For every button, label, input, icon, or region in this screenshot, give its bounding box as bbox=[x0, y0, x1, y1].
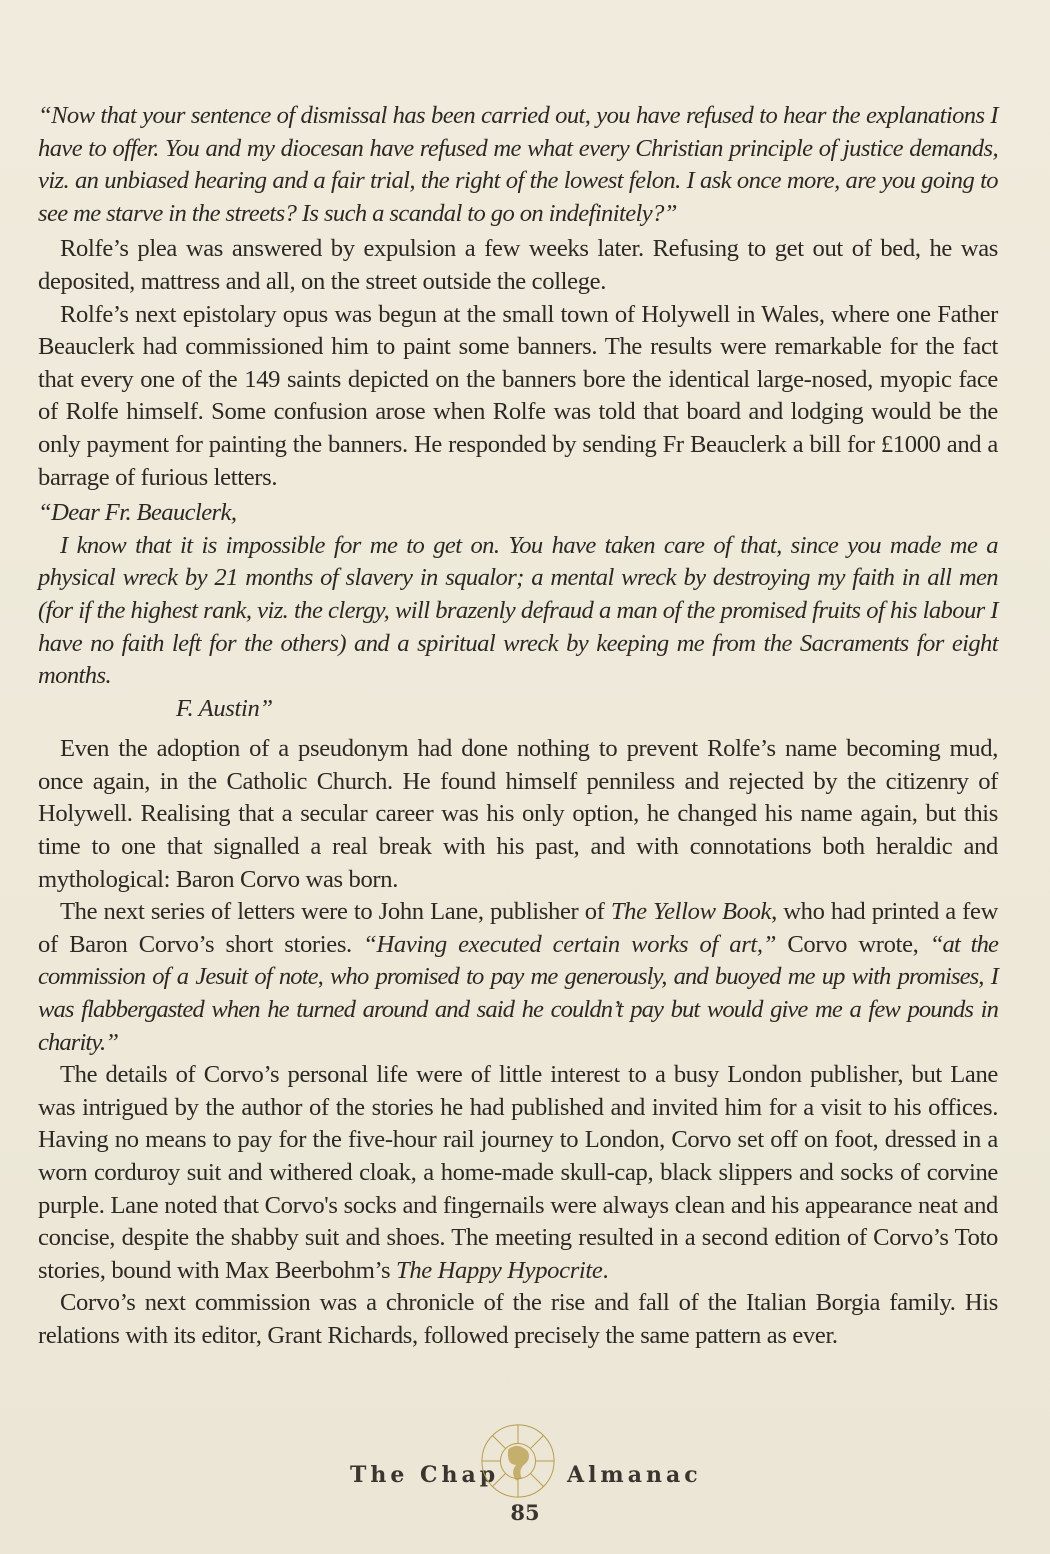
text-span: The next series of letters were to John … bbox=[60, 898, 611, 925]
quote-dismissal: “Now that your sentence of dismissal has… bbox=[38, 100, 998, 230]
text-span: Corvo wrote, bbox=[776, 931, 930, 958]
text-span: The details of Corvo’s personal life wer… bbox=[38, 1061, 998, 1284]
page-footer: The Chap Almanac 85 bbox=[0, 1420, 1050, 1530]
paragraph-expulsion: Rolfe’s plea was answered by expulsion a… bbox=[38, 233, 998, 298]
paragraph-personal-life: The details of Corvo’s personal life wer… bbox=[38, 1059, 998, 1287]
footer-title-right: Almanac bbox=[567, 1462, 702, 1488]
footer-title-left: The Chap bbox=[350, 1462, 499, 1488]
body-text: “Now that your sentence of dismissal has… bbox=[38, 100, 998, 1353]
zodiac-wheel-emblem-icon bbox=[479, 1422, 557, 1500]
letter-signature: F. Austin” bbox=[38, 693, 998, 726]
page-number: 85 bbox=[0, 1500, 1050, 1525]
letter-body: I know that it is impossible for me to g… bbox=[38, 530, 998, 693]
text-span: . bbox=[602, 1257, 608, 1284]
paragraph-john-lane: The next series of letters were to John … bbox=[38, 896, 998, 1059]
book-page: “Now that your sentence of dismissal has… bbox=[0, 0, 1050, 1554]
letter-salutation: “Dear Fr. Beauclerk, bbox=[38, 497, 998, 530]
book-title-happy-hypocrite: The Happy Hypocrite bbox=[396, 1257, 602, 1284]
book-title-yellow-book: The Yellow Book bbox=[611, 898, 771, 925]
quote-works-of-art: “Having executed certain works of art,” bbox=[363, 931, 776, 958]
paragraph-borgia: Corvo’s next commission was a chronicle … bbox=[38, 1287, 998, 1352]
paragraph-pseudonym: Even the adoption of a pseudonym had don… bbox=[38, 733, 998, 896]
paragraph-holywell: Rolfe’s next epistolary opus was begun a… bbox=[38, 299, 998, 495]
